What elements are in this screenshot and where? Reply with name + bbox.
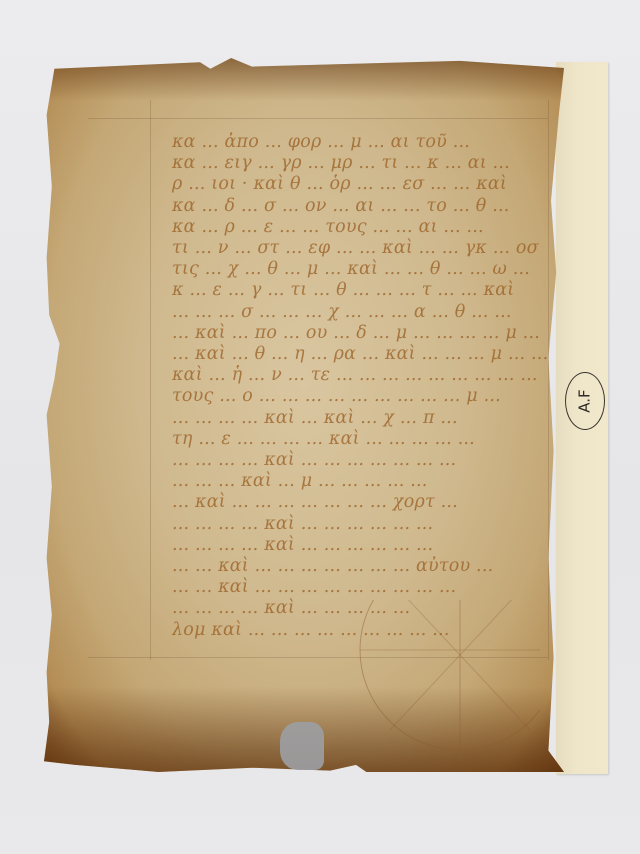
text-line: ... ... ... σ ... ... ... χ ... ... ... … <box>172 302 557 323</box>
text-line: ... ... ... ... καὶ ... ... ... ... ... … <box>172 535 557 556</box>
text-line: ρ ... ιοι · καὶ θ ... ὁρ ... ... εσ ... … <box>172 174 557 195</box>
text-line: τις ... χ ... θ ... μ ... καὶ ... ... θ … <box>172 259 557 280</box>
text-line: καὶ ... ἡ ... ν ... τε ... ... ... ... .… <box>172 365 557 386</box>
text-line: ... ... ... καὶ ... μ ... ... ... ... ..… <box>172 471 557 492</box>
text-line: ... καὶ ... ... ... ... ... ... ... χορτ… <box>172 492 557 513</box>
text-line: κα ... ἀπο ... φορ ... μ ... αι τοῦ ... <box>172 132 557 153</box>
text-line: κα ... δ ... σ ... ον ... αι ... ... το … <box>172 196 557 217</box>
text-line: ... καὶ ... θ ... η ... ρα ... καὶ ... .… <box>172 344 557 365</box>
text-line: τι ... ν ... στ ... εφ ... ... καὶ ... .… <box>172 238 557 259</box>
text-line: ... ... ... ... καὶ ... καὶ ... χ ... π … <box>172 408 557 429</box>
text-line: ... καὶ ... πο ... ου ... δ ... μ ... ..… <box>172 323 557 344</box>
text-line: κα ... ρ ... ε ... ... τους ... ... αι .… <box>172 217 557 238</box>
repair-patch <box>280 722 324 770</box>
text-line: τους ... ο ... ... ... ... ... ... ... .… <box>172 386 557 407</box>
text-line: ... ... καὶ ... ... ... ... ... ... ... … <box>172 556 557 577</box>
text-line: τη ... ε ... ... ... ... καὶ ... ... ...… <box>172 429 557 450</box>
shelfmark-label: A.F <box>576 389 594 412</box>
text-line: κα ... ειγ ... γρ ... μρ ... τι ... κ ..… <box>172 153 557 174</box>
ruling-margin-left <box>150 100 151 660</box>
text-line: ... ... ... ... καὶ ... ... ... ... ... … <box>172 514 557 535</box>
text-line: ... ... ... ... καὶ ... ... ... ... ... … <box>172 450 557 471</box>
text-line: κ ... ε ... γ ... τι ... θ ... ... ... τ… <box>172 280 557 301</box>
ruling-line-top <box>88 118 548 119</box>
text-line: ... ... καὶ ... ... ... ... ... ... ... … <box>172 577 557 598</box>
shelfmark-stamp: A.F <box>565 372 605 430</box>
manuscript-text: κα ... ἀπο ... φορ ... μ ... αι τοῦ ... … <box>172 132 557 641</box>
compass-diagram <box>340 600 540 760</box>
